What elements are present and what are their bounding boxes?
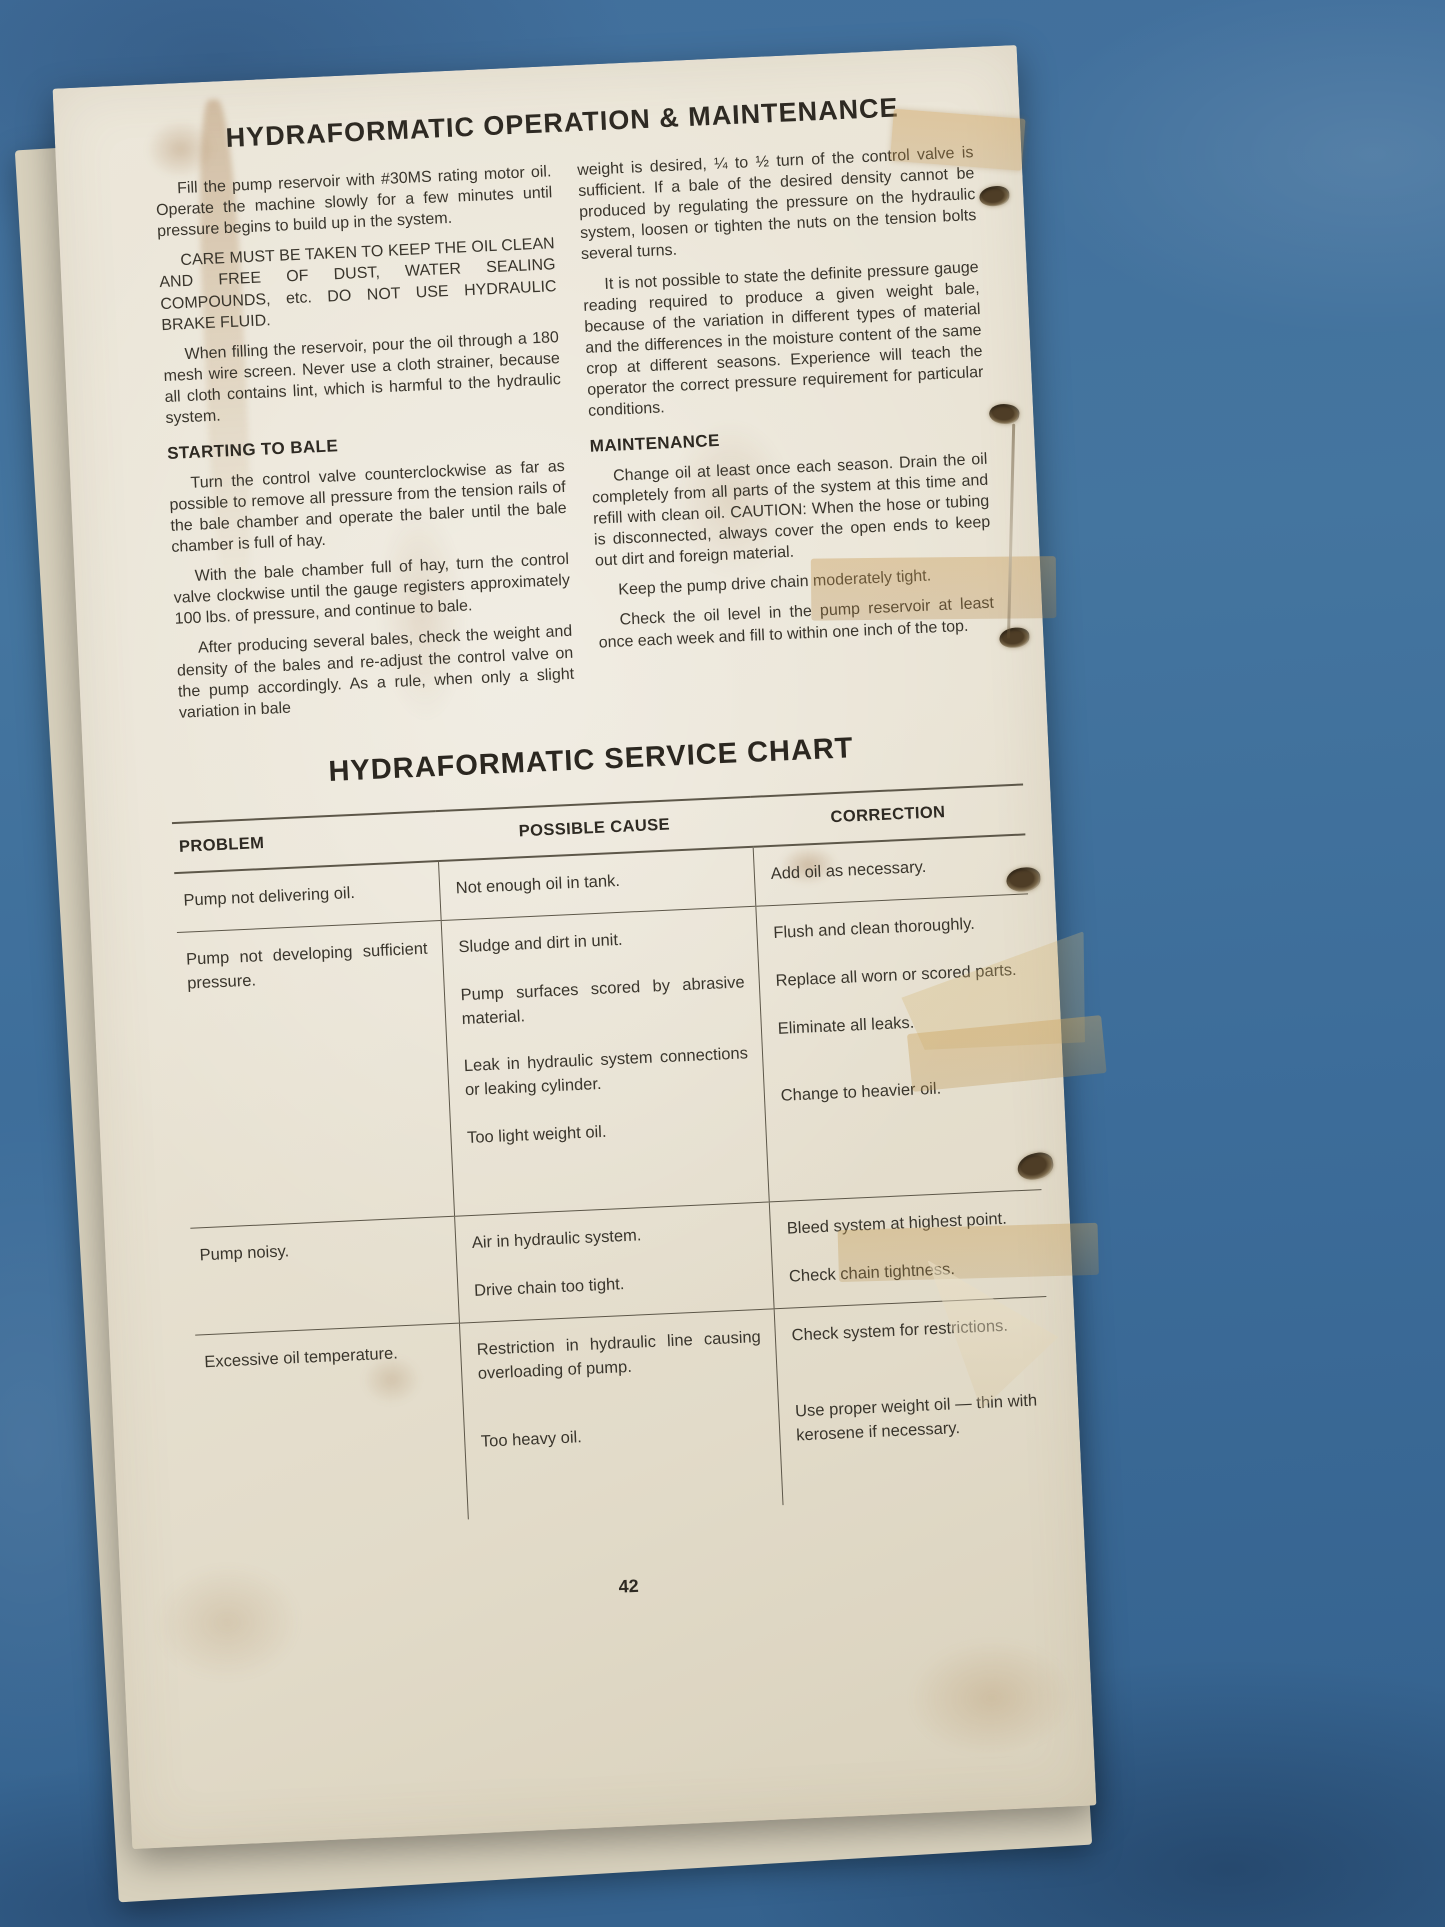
- cell-text: Pump noisy.: [199, 1234, 441, 1269]
- problem-cell: Pump noisy.: [190, 1216, 459, 1335]
- cell-text: Air in hydraulic system.: [471, 1219, 756, 1256]
- manual-page: HYDRAFORMATIC OPERATION & MAINTENANCE Fi…: [53, 45, 1097, 1849]
- cell-text: Not enough oil in tank.: [455, 864, 740, 901]
- paragraph: When filling the reservoir, pour the oil…: [162, 327, 562, 429]
- stain: [904, 1634, 1079, 1762]
- correction-cell: Bleed system at highest point. Check cha…: [769, 1190, 1046, 1309]
- page-number: 42: [219, 1557, 1038, 1615]
- cell-text: Check chain tightness.: [789, 1255, 1032, 1290]
- table-row: Excessive oil temperature. Restriction i…: [195, 1297, 1055, 1532]
- cell-text: Pump not developing sufficient pressure.: [186, 937, 430, 996]
- paragraph: weight is desired, ¼ to ½ turn of the co…: [577, 142, 978, 265]
- cell-text: Change to heavier oil.: [780, 1074, 1023, 1109]
- cell-text: Flush and clean thoroughly.: [773, 911, 1016, 946]
- problem-cell: Pump not developing sufficient pressure.: [177, 920, 454, 1228]
- problem-cell: Excessive oil temperature.: [195, 1323, 468, 1531]
- cell-text: Drive chain too tight.: [474, 1267, 759, 1304]
- paragraph: Change oil at least once each season. Dr…: [591, 449, 992, 572]
- correction-cell: Flush and clean thoroughly. Replace all …: [756, 894, 1042, 1203]
- cell-text: Bleed system at highest point.: [786, 1207, 1029, 1242]
- cause-cell: Restriction in hydraulic line causing ov…: [459, 1309, 783, 1519]
- paragraph: After producing several bales, check the…: [176, 621, 576, 723]
- table-row: Pump not developing sufficient pressure.…: [177, 894, 1042, 1229]
- page-content: HYDRAFORMATIC OPERATION & MAINTENANCE Fi…: [53, 45, 1087, 1620]
- two-column-text: Fill the pump reservoir with #30MS ratin…: [155, 142, 998, 732]
- cell-text: Add oil as necessary.: [770, 852, 1013, 887]
- service-chart-table: PROBLEM POSSIBLE CAUSE CORRECTION Pump n…: [172, 783, 1055, 1531]
- right-column: weight is desired, ¼ to ½ turn of the co…: [577, 142, 998, 713]
- cause-cell: Air in hydraulic system. Drive chain too…: [454, 1202, 774, 1323]
- paragraph: Fill the pump reservoir with #30MS ratin…: [155, 161, 554, 242]
- correction-cell: Check system for restrictions. Use prope…: [774, 1297, 1055, 1505]
- cell-text: Eliminate all leaks.: [777, 1006, 1020, 1041]
- paragraph: Check the oil level in the pump reservoi…: [597, 593, 995, 653]
- cell-text: Excessive oil temperature.: [204, 1340, 446, 1375]
- cell-text: Replace all worn or scored parts.: [775, 959, 1018, 994]
- cell-text: Pump surfaces scored by abrasive materia…: [460, 971, 746, 1032]
- cell-text: Too light weight oil.: [467, 1114, 752, 1151]
- paragraph: CARE MUST BE TAKEN TO KEEP THE OIL CLEAN…: [158, 234, 558, 336]
- left-column: Fill the pump reservoir with #30MS ratin…: [155, 161, 576, 732]
- paragraph: With the bale chamber full of hay, turn …: [172, 549, 571, 630]
- paragraph: It is not possible to state the definite…: [582, 257, 985, 423]
- cell-text: Sludge and dirt in unit.: [458, 923, 743, 960]
- cell-text: Pump not delivering oil.: [183, 879, 425, 914]
- cell-text: Use proper weight oil — thin with kerose…: [795, 1389, 1039, 1448]
- cause-cell: Sludge and dirt in unit. Pump surfaces s…: [441, 906, 769, 1217]
- service-chart-title: HYDRAFORMATIC SERVICE CHART: [181, 725, 1001, 795]
- paragraph: Turn the control valve counterclockwise …: [168, 456, 568, 558]
- cell-text: Too heavy oil.: [480, 1418, 765, 1455]
- photo-background: HYDRAFORMATIC OPERATION & MAINTENANCE Fi…: [0, 0, 1445, 1927]
- cell-text: Check system for restrictions.: [791, 1314, 1034, 1349]
- cell-text: Restriction in hydraulic line causing ov…: [476, 1326, 762, 1387]
- cell-text: Leak in hydraulic system connections or …: [463, 1043, 749, 1104]
